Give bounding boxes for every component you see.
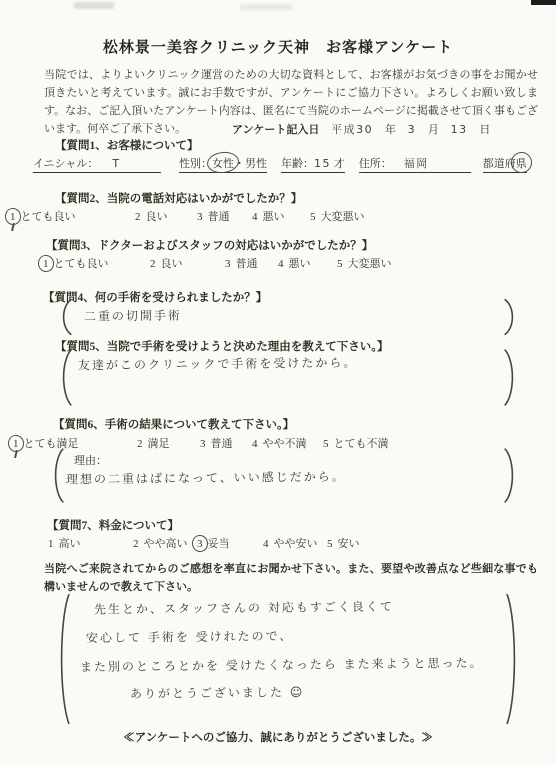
q7-heading: 【質問7、料金について】 xyxy=(47,517,179,533)
q6-heading: 【質問6、手術の結果について教えて下さい。】 xyxy=(53,416,294,432)
age-suffix: 才 xyxy=(334,158,345,170)
scan-artifact-smudge xyxy=(240,4,292,10)
q5-answer-bracket: 友達がこのクリニックで手術を受けたから。 xyxy=(58,349,518,406)
initial-value-handwritten: T xyxy=(112,157,120,170)
scan-artifact-corner-mark xyxy=(531,0,556,5)
q7-option-1: 1高い xyxy=(48,535,81,551)
q2-option-4: 4悪い xyxy=(252,208,285,224)
feedback-line-2-handwritten: 安心して 手術を 受けれたので、 xyxy=(86,627,294,646)
q3-option-4: 4悪い xyxy=(278,255,311,271)
right-paren xyxy=(502,448,518,503)
q7-option-3-selected: 3妥当 xyxy=(197,535,230,551)
initial-label: イニシャル： xyxy=(33,158,98,170)
right-paren xyxy=(502,349,518,406)
feedback-prompt: 当院へご来院されてからのご感想を率直にお聞かせ下さい。また、要望や改善点など些細… xyxy=(44,560,538,596)
q4-answer-handwritten: 二重の切開手術 xyxy=(84,306,182,324)
age-label: 年齢： xyxy=(281,158,314,170)
prefecture-field: 都道府県 xyxy=(483,155,527,173)
q6-reason-bracket: 理由： 理想の二重はばになって、いい感じだから。 xyxy=(50,448,518,503)
address-label: 住所： xyxy=(359,158,392,170)
date-era-handwritten: 平成30 xyxy=(331,123,373,136)
left-paren xyxy=(58,349,74,406)
left-paren xyxy=(56,592,72,726)
q6-reason-handwritten: 理想の二重はばになって、いい感じだから。 xyxy=(66,468,346,488)
age-value-handwritten: 15 xyxy=(314,157,331,170)
feedback-line-1-handwritten: 先生とか、スタッフさんの 対応もすごく良くて xyxy=(94,597,394,617)
gender-female-option-circled: 女性 xyxy=(212,155,234,171)
feedback-line-4-handwritten: ありがとうございました ☺ xyxy=(130,683,304,702)
survey-date-row: アンケート記入日 平成30 年 3 月 13 日 xyxy=(232,121,499,137)
date-year-suffix: 年 xyxy=(385,124,396,136)
q2-option-3: 3普通 xyxy=(197,208,230,224)
q3-option-3: 3普通 xyxy=(225,255,258,271)
left-paren xyxy=(58,299,74,335)
address-field: 住所：福岡 xyxy=(359,155,471,173)
date-day-suffix: 日 xyxy=(479,124,490,136)
q7-option-2: 2やや高い xyxy=(133,535,188,551)
q6-reason-label: 理由： xyxy=(74,452,107,468)
q2-option-5: 5大変悪い xyxy=(310,208,365,224)
left-paren xyxy=(50,448,66,503)
q3-heading: 【質問3、ドクターおよびスタッフの対応はいかがでしたか？】 xyxy=(46,237,373,253)
date-month-handwritten: 3 xyxy=(408,123,417,136)
gender-male-option: 男性 xyxy=(245,158,267,170)
closing-message: ≪アンケートへのご協力、誠にありがとうございました。≫ xyxy=(0,729,556,745)
survey-scan-page: 松林景一美容クリニック天神 お客様アンケート 当院では、よりよいクリニック運営の… xyxy=(0,0,556,764)
q4-answer-bracket: 二重の切開手術 xyxy=(58,299,518,335)
date-day-handwritten: 13 xyxy=(451,123,468,136)
q1-heading: 【質問1、お客様について】 xyxy=(55,137,199,153)
q7-option-5: 5安い xyxy=(327,535,360,551)
feedback-line-3-handwritten: また別のところとかを 受けたくなったら また来ようと思った。 xyxy=(80,654,484,675)
q2-option-2: 2良い xyxy=(135,208,168,224)
address-value-handwritten: 福岡 xyxy=(404,157,429,170)
q2-option-1-selected: 1とても良い xyxy=(10,208,76,224)
q2-heading: 【質問2、当院の電話対応はいかがでしたか？】 xyxy=(55,190,302,206)
q7-option-4: 4やや安い xyxy=(263,535,318,551)
q3-option-2: 2良い xyxy=(150,255,183,271)
gender-field: 性別：女性・男性 xyxy=(179,155,267,173)
q5-answer-handwritten: 友達がこのクリニックで手術を受けたから。 xyxy=(78,354,357,374)
prefecture-circled: 県 xyxy=(516,155,527,171)
right-paren xyxy=(502,299,518,335)
scan-artifact-smudge xyxy=(74,2,114,9)
q3-option-1-selected: 1とても良い xyxy=(43,255,109,271)
initial-field: イニシャル：T xyxy=(33,155,161,173)
feedback-bracket: 先生とか、スタッフさんの 対応もすごく良くて 安心して 手術を 受けれたので、 … xyxy=(56,592,520,726)
right-paren xyxy=(504,592,520,726)
q3-option-5: 5大変悪い xyxy=(337,255,392,271)
form-title: 松林景一美容クリニック天神 お客様アンケート xyxy=(0,36,556,57)
date-month-suffix: 月 xyxy=(428,124,439,136)
q1-fields-row: イニシャル：T性別：女性・男性年齢：15 才住所：福岡都道府県 xyxy=(33,155,527,173)
age-field: 年齢：15 才 xyxy=(281,155,345,173)
date-label: アンケート記入日 xyxy=(232,124,319,136)
